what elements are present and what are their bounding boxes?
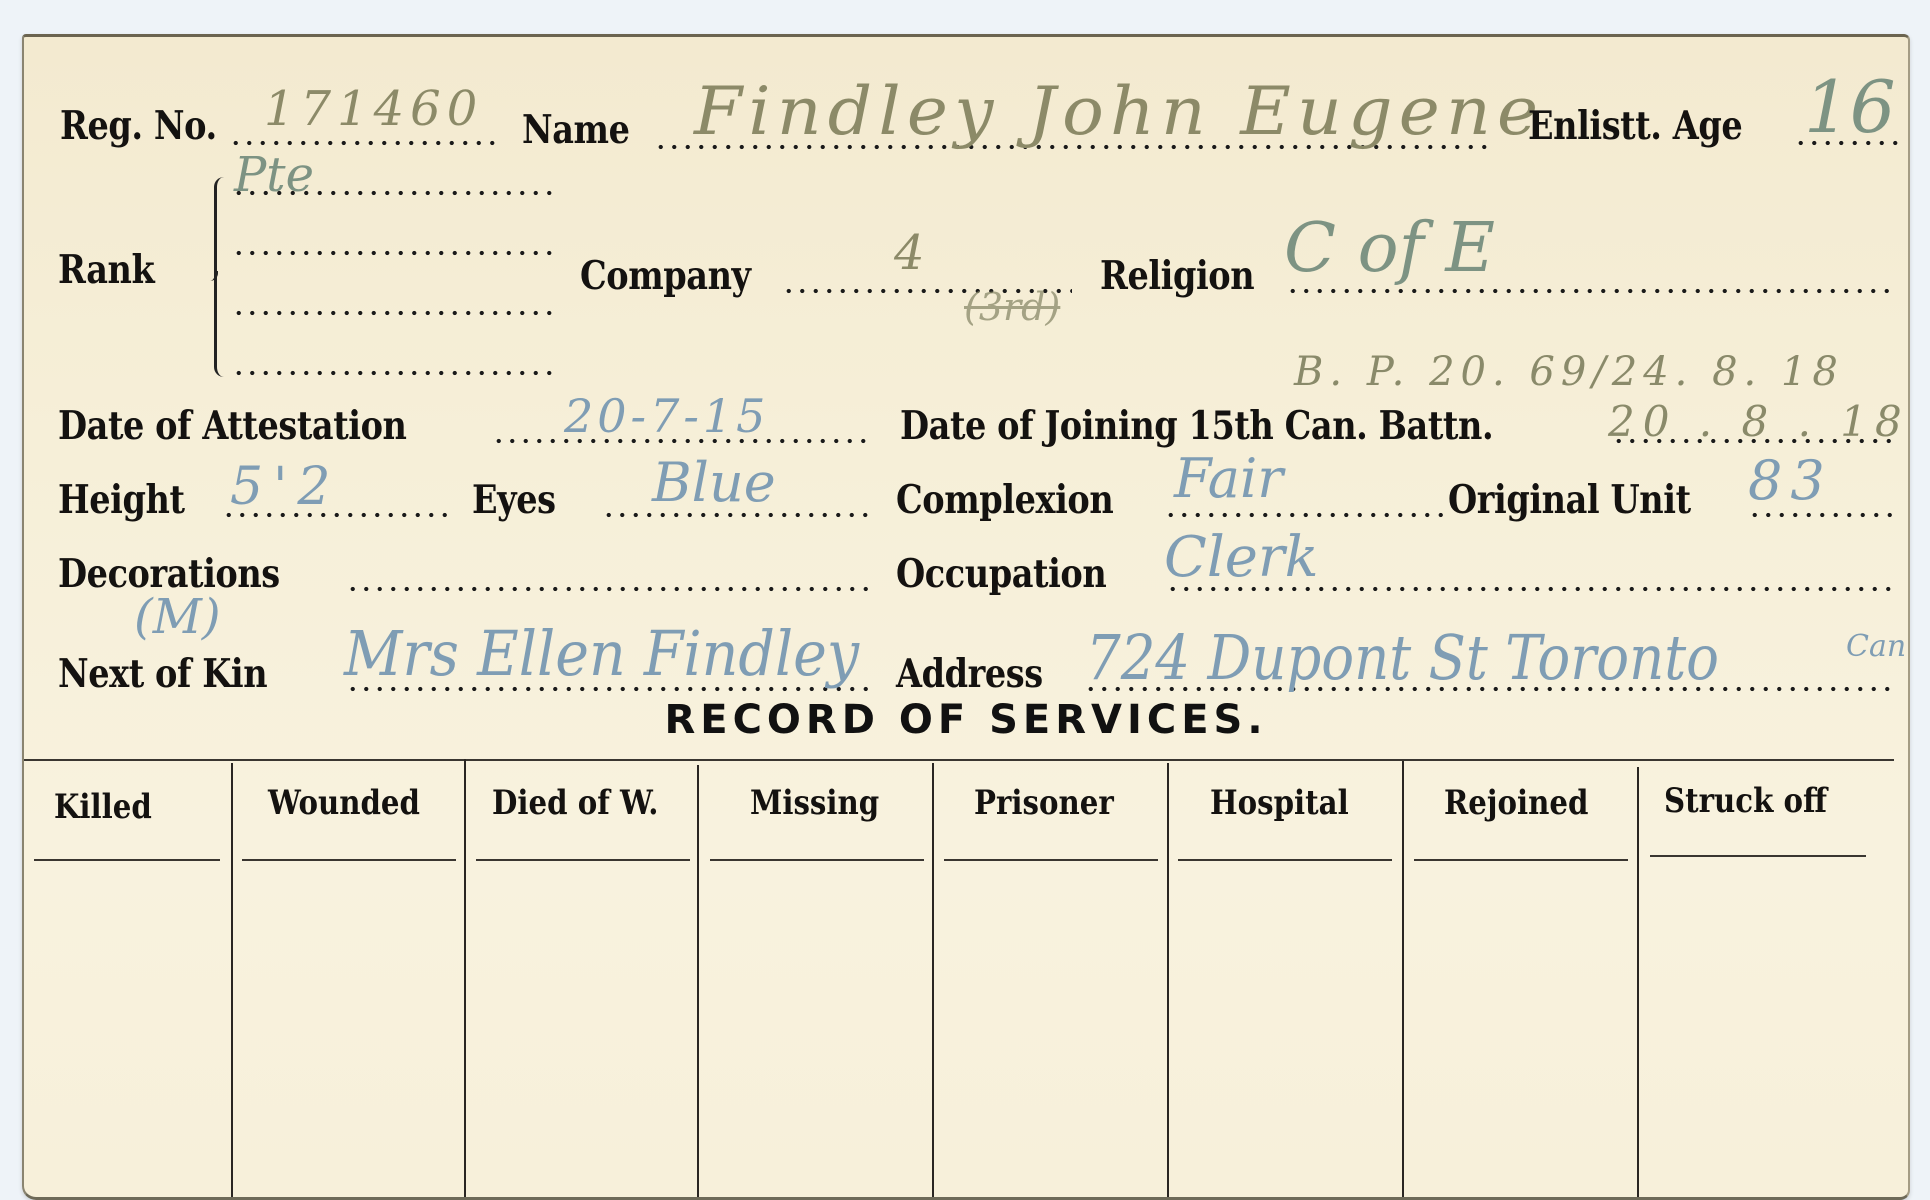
religion-value: C of E [1284, 209, 1495, 288]
header-underline [34, 859, 220, 861]
header-underline [1178, 859, 1392, 861]
rank-dotted-line-1 [232, 189, 552, 197]
header-underline [710, 859, 924, 861]
eyes-value: Blue [652, 451, 776, 514]
column-header-prisoner: Prisoner [974, 783, 1114, 823]
header-underline [242, 859, 456, 861]
column-divider [932, 763, 934, 1200]
service-record-card: Reg. No. 171460 Name Findley John Eugene… [22, 34, 1910, 1200]
record-of-services-title: RECORD OF SERVICES. [24, 697, 1908, 743]
reg-no-dotted-line [229, 139, 497, 147]
column-header-rejoined: Rejoined [1444, 783, 1588, 823]
address-suffix: Can [1846, 629, 1906, 664]
original-unit-label: Original Unit [1448, 477, 1691, 523]
header-underline [1414, 859, 1628, 861]
attestation-value: 20-7-15 [564, 389, 769, 443]
religion-label: Religion [1100, 253, 1254, 299]
address-label: Address [896, 651, 1043, 697]
decorations-dotted-line [346, 585, 872, 593]
eyes-label: Eyes [472, 477, 556, 523]
religion-dotted-line [1286, 287, 1898, 295]
original-unit-dotted-line [1748, 511, 1898, 519]
joining-label: Date of Joining 15th Can. Battn. [900, 403, 1493, 449]
header-underline [944, 859, 1158, 861]
column-divider [231, 763, 233, 1200]
reg-no-label: Reg. No. [60, 103, 217, 149]
column-header-struck-off: Struck off [1664, 781, 1827, 821]
company-struck-note: (3rd) [964, 285, 1060, 329]
rank-label: Rank [58, 247, 154, 293]
address-value: 724 Dupont St Toronto [1086, 621, 1719, 694]
joining-note: B. P. 20. 69/24. 8. 18 [1294, 349, 1844, 395]
rank-dotted-line-2 [232, 249, 552, 257]
column-divider [1637, 767, 1639, 1200]
height-label: Height [58, 477, 185, 523]
column-header-wounded: Wounded [268, 783, 420, 823]
next-of-kin-label: Next of Kin [58, 651, 267, 697]
column-header-died-of-wounds: Died of W. [492, 783, 658, 823]
column-header-killed: Killed [54, 787, 152, 827]
height-value: 5'2 [230, 457, 340, 517]
table-top-rule [24, 759, 1894, 761]
next-of-kin-value: Mrs Ellen Findley [344, 617, 859, 690]
complexion-value: Fair [1174, 447, 1283, 510]
company-label: Company [580, 253, 751, 299]
column-divider [1167, 763, 1169, 1200]
complexion-dotted-line [1164, 511, 1444, 519]
name-label: Name [522, 107, 630, 153]
name-value: Findley John Eugene [694, 73, 1544, 150]
joining-value: 20 . 8 . 18 [1608, 397, 1910, 446]
occupation-label: Occupation [896, 551, 1106, 597]
occupation-value: Clerk [1164, 525, 1319, 590]
rank-dotted-line-3 [232, 309, 552, 317]
column-header-hospital: Hospital [1210, 783, 1349, 823]
column-header-missing: Missing [750, 783, 879, 823]
column-divider [697, 765, 699, 1200]
complexion-label: Complexion [896, 477, 1113, 523]
enlist-age-value: 16 [1804, 65, 1896, 149]
column-divider [1402, 761, 1404, 1200]
header-underline [476, 859, 690, 861]
rank-dotted-line-4 [232, 369, 552, 377]
column-divider [464, 759, 466, 1200]
next-of-kin-prefix: (M) [134, 589, 221, 645]
company-value: 4 [894, 225, 925, 281]
reg-no-value: 171460 [264, 81, 483, 137]
rank-brace [214, 177, 231, 377]
header-underline [1650, 855, 1866, 857]
enlist-age-label: Enlistt. Age [1528, 103, 1742, 149]
attestation-label: Date of Attestation [58, 403, 406, 449]
original-unit-value: 83 [1748, 449, 1833, 512]
